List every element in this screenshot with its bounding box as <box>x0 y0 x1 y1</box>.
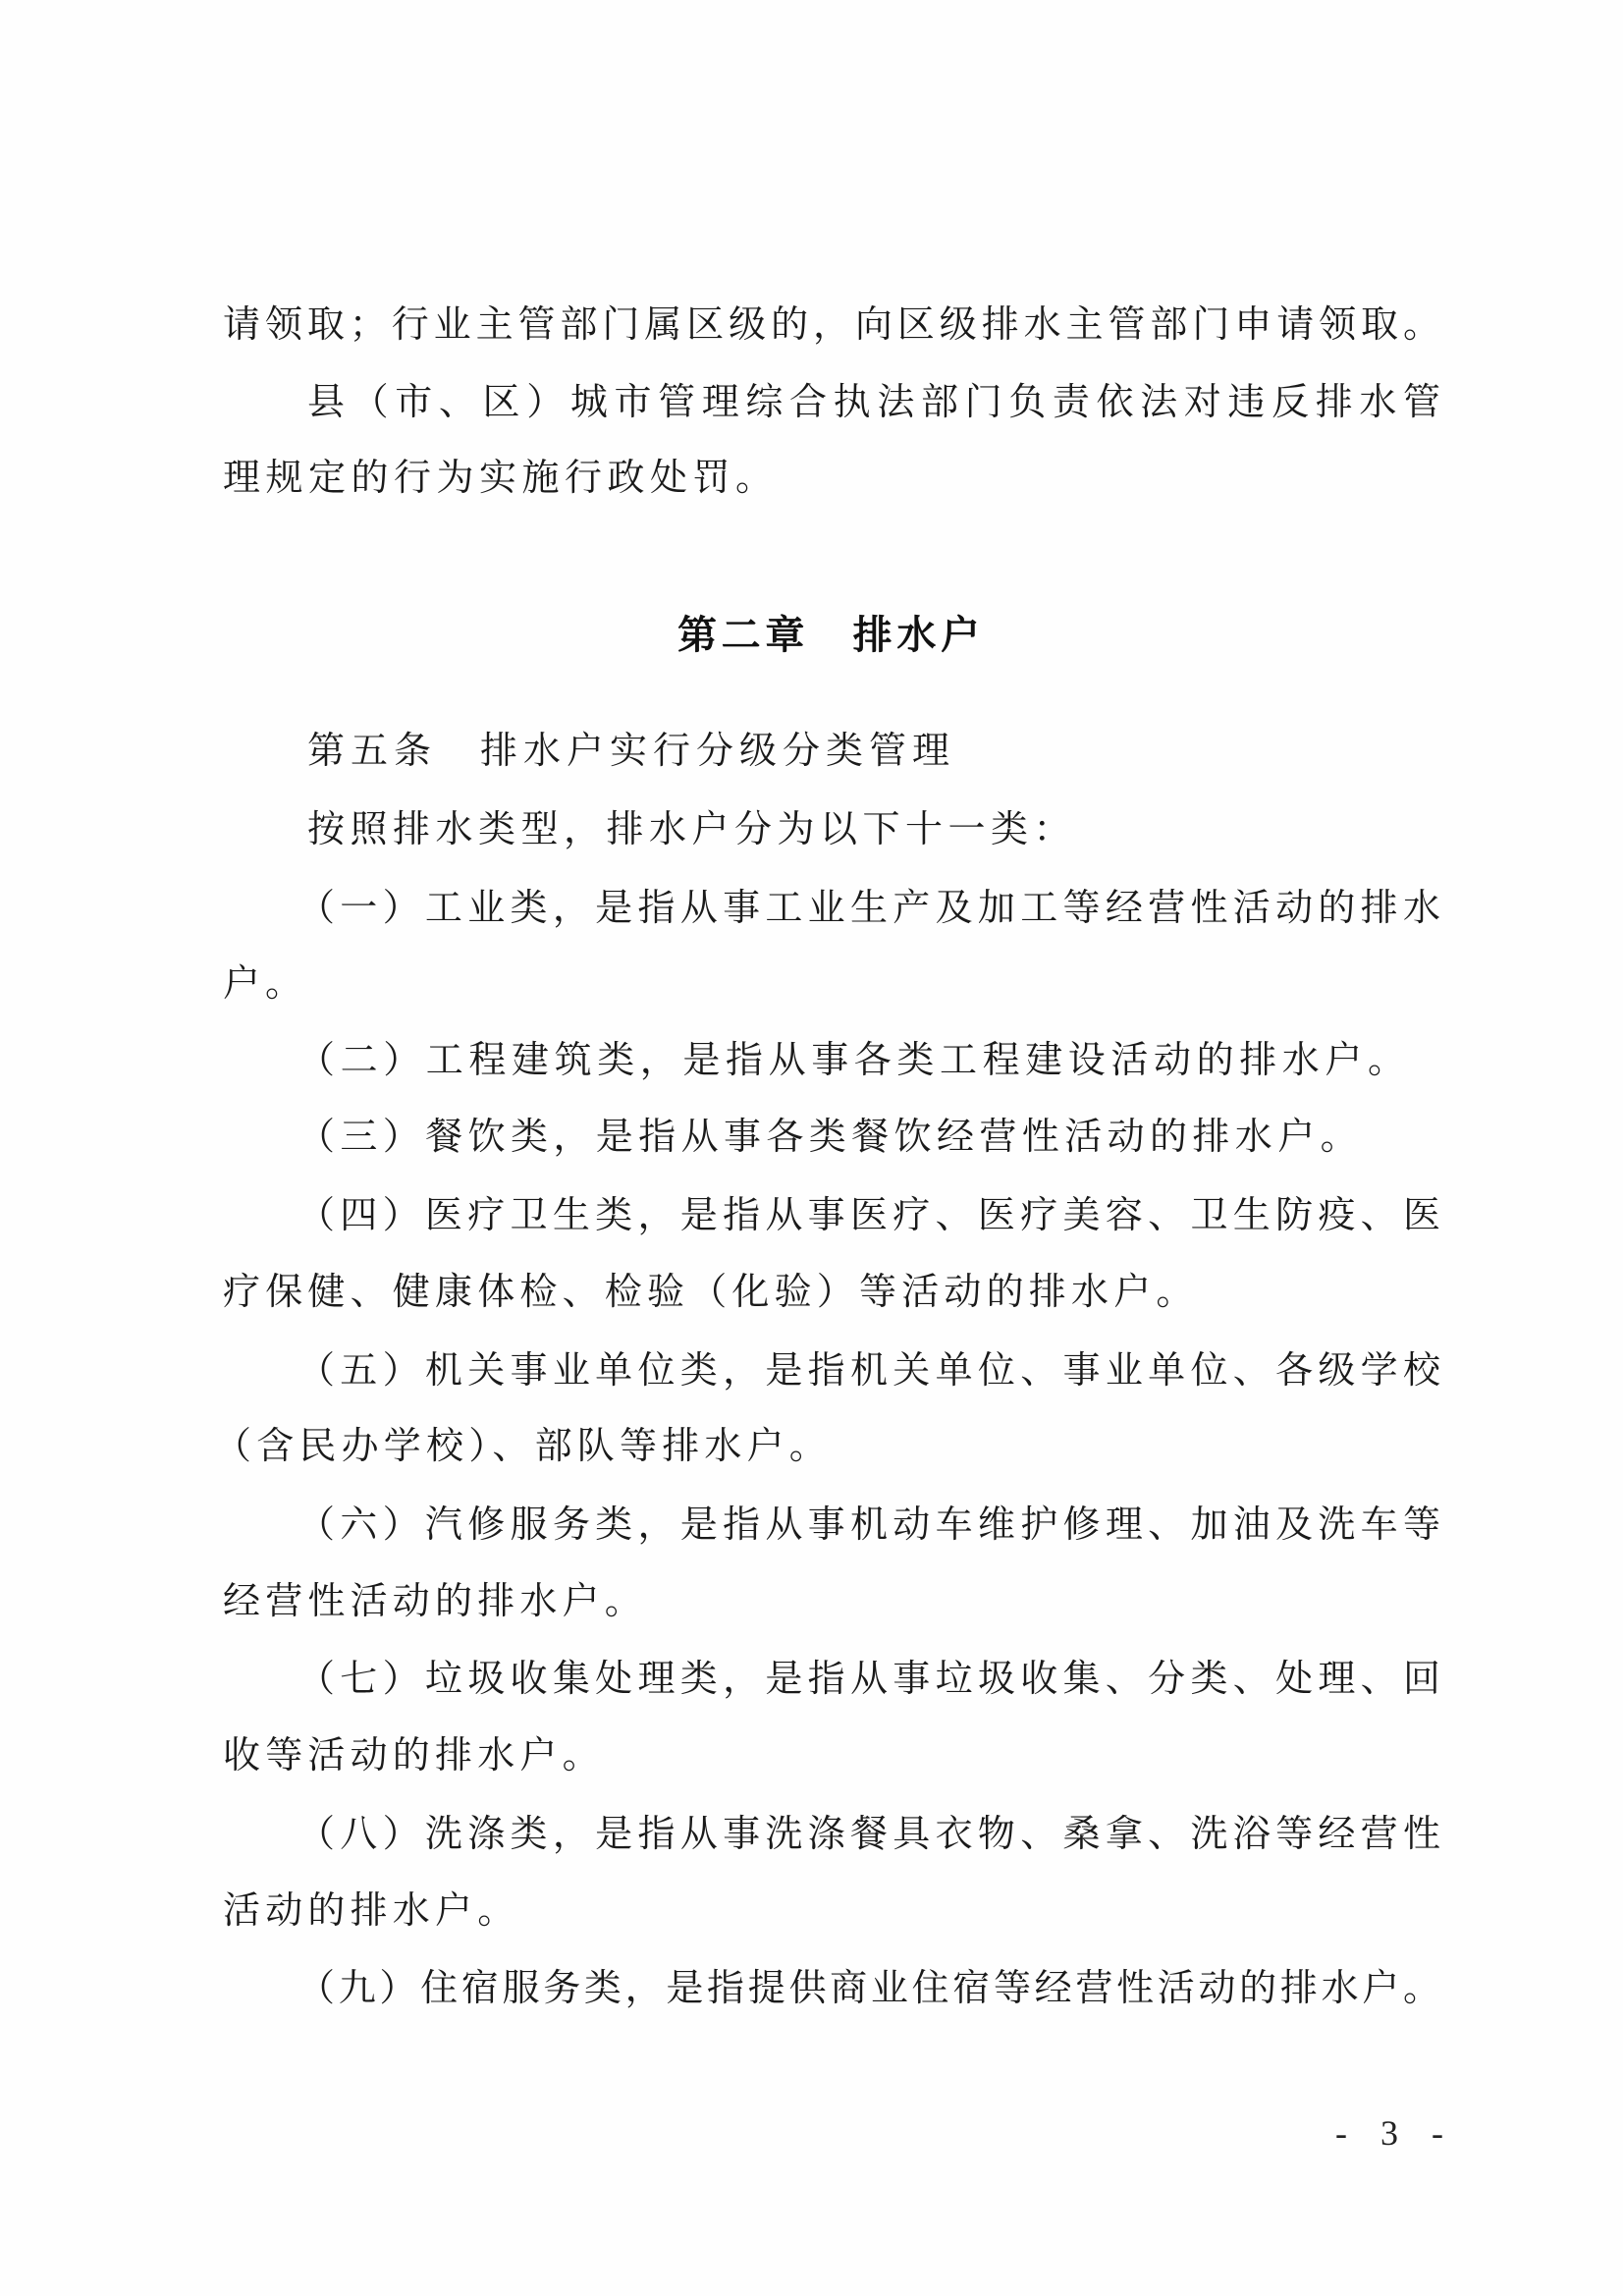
body-text-line: 请领取；行业主管部门属区级的，向区级排水主管部门申请领取。 <box>223 301 1440 348</box>
list-item-1-continuation: 户。 <box>223 959 1440 1007</box>
list-item-6: （六）汽修服务类，是指从事机动车维护修理、加油及洗车等 <box>298 1501 1440 1548</box>
list-item-2: （二）工程建筑类，是指从事各类工程建设活动的排水户。 <box>298 1036 1407 1083</box>
list-item-9: （九）住宿服务类，是指提供商业住宿等经营性活动的排水户。 <box>298 1964 1440 2011</box>
list-item-1: （一）工业类，是指从事工业生产及加工等经营性活动的排水 <box>298 884 1440 931</box>
body-text-line: 理规定的行为实施行政处罚。 <box>223 454 1440 501</box>
list-item-8: （八）洗涤类，是指从事洗涤餐具衣物、桑拿、洗浴等经营性 <box>298 1810 1440 1857</box>
article-title: 第五条 排水户实行分级分类管理 <box>307 727 995 774</box>
list-item-5-continuation: （含民办学校）、部队等排水户。 <box>214 1422 1432 1469</box>
list-item-7: （七）垃圾收集处理类，是指从事垃圾收集、分类、处理、回 <box>298 1655 1440 1702</box>
document-page: 请领取；行业主管部门属区级的，向区级排水主管部门申请领取。 县（市、区）城市管理… <box>0 0 1623 2296</box>
list-item-8-continuation: 活动的排水户。 <box>223 1886 1440 1934</box>
list-item-3: （三）餐饮类，是指从事各类餐饮经营性活动的排水户。 <box>298 1113 1338 1160</box>
list-item-4: （四）医疗卫生类，是指从事医疗、医疗美容、卫生防疫、医 <box>298 1191 1440 1238</box>
list-item-5: （五）机关事业单位类，是指机关单位、事业单位、各级学校 <box>298 1346 1440 1394</box>
article-intro: 按照排水类型，排水户分为以下十一类： <box>307 805 1073 852</box>
list-item-4-continuation: 疗保健、健康体检、检验（化验）等活动的排水户。 <box>223 1268 1440 1315</box>
chapter-heading: 第二章 排水户 <box>677 611 980 660</box>
list-item-6-continuation: 经营性活动的排水户。 <box>223 1577 1440 1624</box>
list-item-7-continuation: 收等活动的排水户。 <box>223 1731 1440 1778</box>
page-number: - 3 - <box>1335 2113 1443 2153</box>
body-text-line: 县（市、区）城市管理综合执法部门负责依法对违反排水管 <box>307 378 1440 425</box>
